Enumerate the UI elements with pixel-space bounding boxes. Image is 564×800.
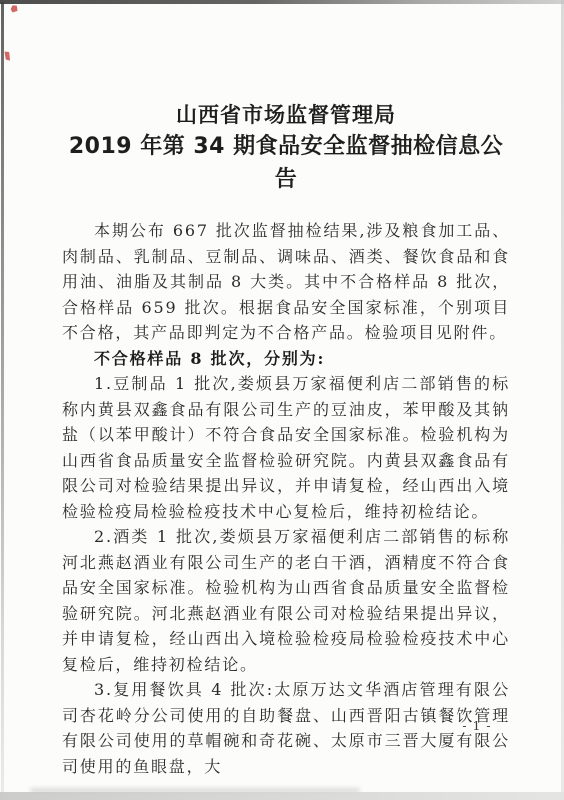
page-content: 山西省市场监督管理局 2019 年第 34 期食品安全监督抽检信息公告 本期公布…: [62, 0, 510, 779]
paragraph: 不合格样品 8 批次，分别为:: [62, 346, 510, 372]
document-body: 本期公布 667 批次监督抽检结果,涉及粮食加工品、肉制品、乳制品、豆制品、调味…: [62, 218, 510, 779]
red-scan-mark: [4, 51, 11, 62]
paragraph: 1.豆制品 1 批次,娄烦县万家福便利店二部销售的标称内黄县双鑫食品有限公司生产…: [62, 371, 510, 524]
scanned-document-page: 山西省市场监督管理局 2019 年第 34 期食品安全监督抽检信息公告 本期公布…: [0, 0, 564, 800]
document-title: 山西省市场监督管理局 2019 年第 34 期食品安全监督抽检信息公告: [62, 100, 510, 196]
title-line-1: 山西省市场监督管理局: [62, 100, 510, 130]
page-number: - 1 -: [437, 718, 517, 733]
title-line-2: 2019 年第 34 期食品安全监督抽检信息公告: [62, 130, 510, 196]
red-scan-mark: [10, 4, 20, 14]
paragraph: 本期公布 667 批次监督抽检结果,涉及粮食加工品、肉制品、乳制品、豆制品、调味…: [62, 218, 510, 346]
paragraph: 2.酒类 1 批次,娄烦县万家福便利店二部销售的标称河北燕赵酒业有限公司生产的老…: [62, 524, 510, 677]
scan-edge-left: [1, 2, 4, 794]
scan-edge-bottom: [0, 792, 564, 800]
